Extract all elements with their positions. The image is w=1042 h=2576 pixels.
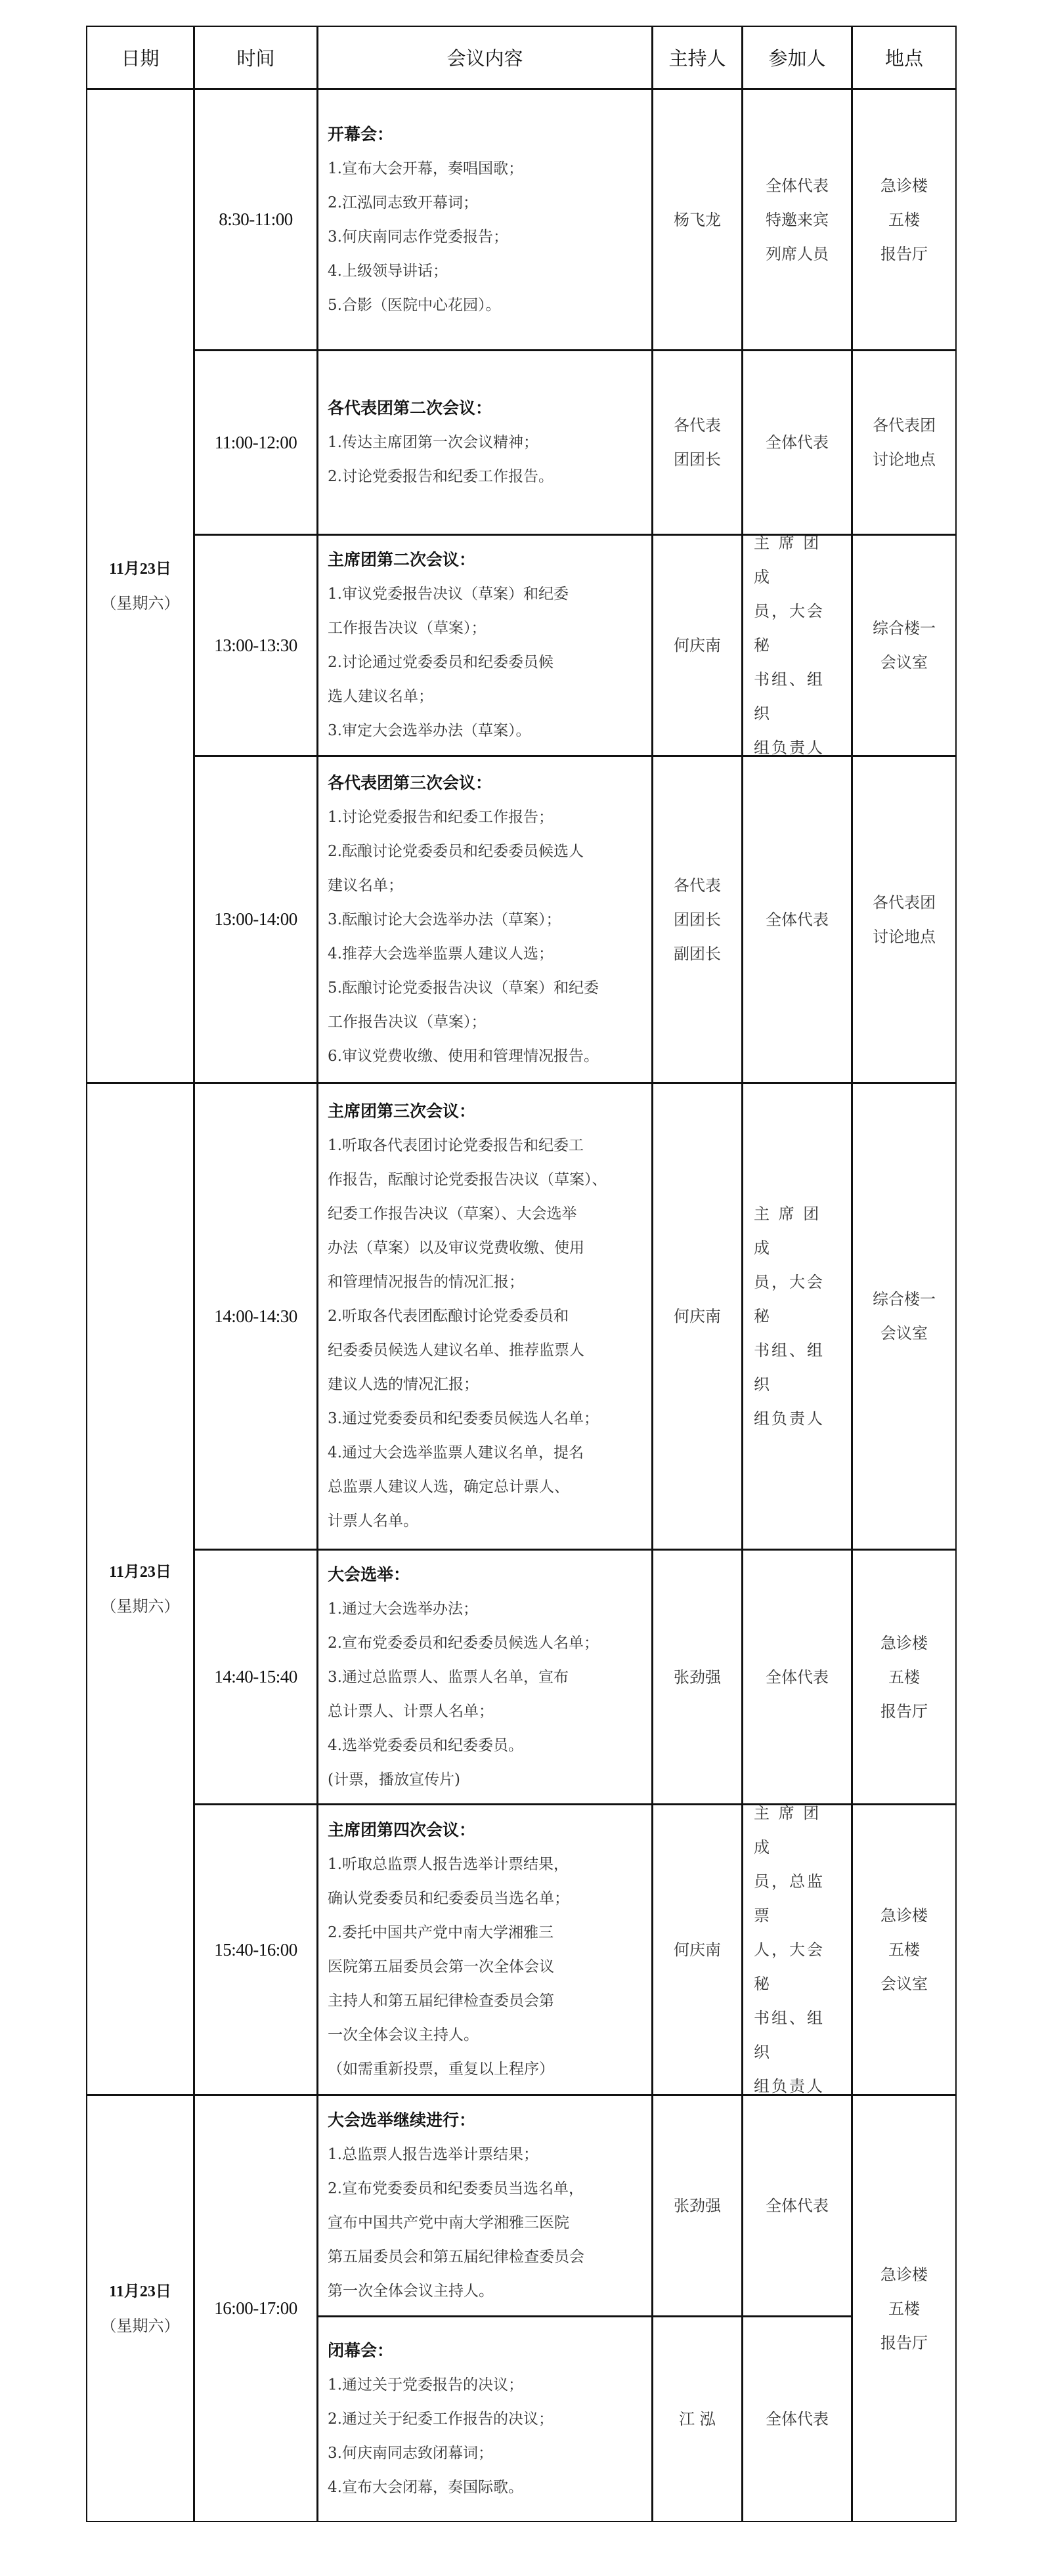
host-cell: 江 泓 xyxy=(652,2316,743,2522)
agenda-item: 纪委委员候选人建议名单、推荐监票人 xyxy=(328,1333,642,1367)
host-name: 何庆南 xyxy=(674,628,721,662)
date-cell: 11月23日（星期六） xyxy=(86,89,194,1083)
location-line: 报告厅 xyxy=(880,2326,928,2360)
agenda-content-cell: 主席团第四次会议：1.听取总监票人报告选举计票结果，确认党委委员和纪委委员当选名… xyxy=(317,1804,653,2095)
participants-line: 书组、组织 xyxy=(754,662,840,731)
time-label: 11:00-12:00 xyxy=(215,433,297,453)
participants-cell: 主 席 团 成员，大会秘书组、组织组负责人 xyxy=(742,534,852,756)
host-cell: 各代表团团长 xyxy=(652,350,743,535)
agenda-item: 5.合影（医院中心花园）。 xyxy=(328,288,642,322)
agenda-item: 1.总监票人报告选举计票结果； xyxy=(328,2137,642,2172)
header-content: 会议内容 xyxy=(317,26,653,89)
agenda-content-cell: 主席团第二次会议：1.审议党委报告决议（草案）和纪委工作报告决议（草案）；2.讨… xyxy=(317,534,653,756)
weekday-label: （星期六） xyxy=(101,2309,180,2343)
header-location: 地点 xyxy=(852,26,957,89)
location-line: 各代表团 xyxy=(873,408,936,442)
time-cell: 15:40-16:00 xyxy=(194,1804,318,2095)
host-name-line: 各代表 xyxy=(674,869,721,903)
header-participants: 参加人 xyxy=(742,26,852,89)
location-line: 会议室 xyxy=(873,645,936,679)
host-cell: 何庆南 xyxy=(652,1083,743,1550)
agenda-content-cell: 主席团第三次会议：1.听取各代表团讨论党委报告和纪委工作报告，酝酿讨论党委报告决… xyxy=(317,1083,653,1550)
header-time: 时间 xyxy=(194,26,318,89)
agenda-item: 作报告，酝酿讨论党委报告决议（草案）、 xyxy=(328,1163,642,1197)
agenda-item: 4.通过大会选举监票人建议名单，提名 xyxy=(328,1436,642,1470)
agenda-item: 建议名单； xyxy=(328,869,642,903)
agenda-content: 大会选举继续进行：1.总监票人报告选举计票结果；2.宣布党委委员和纪委委员当选名… xyxy=(328,2103,642,2308)
agenda-content: 开幕会：1.宣布大会开幕，奏唱国歌；2.江泓同志致开幕词；3.何庆南同志作党委报… xyxy=(328,118,642,322)
agenda-item: 5.酝酿讨论党委报告决议（草案）和纪委 xyxy=(328,971,642,1005)
host-name-line: 张劲强 xyxy=(674,1660,721,1694)
location: 急诊楼五楼报告厅 xyxy=(880,169,928,271)
participants-line: 主 席 团 成 xyxy=(754,526,840,594)
participants-line: 员，总监票 xyxy=(754,1864,840,1933)
header-date: 日期 xyxy=(86,26,194,89)
agenda-item: 2.通过关于纪委工作报告的决议； xyxy=(328,2402,642,2436)
location-line: 报告厅 xyxy=(880,1694,928,1728)
location-cell: 各代表团讨论地点 xyxy=(852,350,957,535)
agenda-content: 主席团第四次会议：1.听取总监票人报告选举计票结果，确认党委委员和纪委委员当选名… xyxy=(328,1813,642,2086)
host-name-line: 何庆南 xyxy=(674,628,721,662)
participants-cell: 全体代表 xyxy=(742,2095,852,2317)
time-cell: 13:00-14:00 xyxy=(194,756,318,1083)
location-cell: 急诊楼五楼会议室 xyxy=(852,1804,957,2095)
agenda-item: 一次全体会议主持人。 xyxy=(328,2018,642,2052)
agenda-item: 1.讨论党委报告和纪委工作报告； xyxy=(328,800,642,834)
host-name: 何庆南 xyxy=(674,1933,721,1967)
time-cell: 11:00-12:00 xyxy=(194,350,318,535)
host-name-line: 江 泓 xyxy=(679,2402,716,2436)
participants-line: 全体代表 xyxy=(766,1660,829,1694)
agenda-content-cell: 大会选举：1.通过大会选举办法；2.宣布党委委员和纪委委员候选人名单；3.通过总… xyxy=(317,1549,653,1805)
agenda-item: 2.听取各代表团酝酿讨论党委委员和 xyxy=(328,1299,642,1333)
agenda-item: 总计票人、计票人名单； xyxy=(328,1694,642,1728)
agenda-title: 闭幕会： xyxy=(328,2334,642,2368)
agenda-item: 6.审议党费收缴、使用和管理情况报告。 xyxy=(328,1039,642,1073)
agenda-item: 2.江泓同志致开幕词； xyxy=(328,186,642,220)
participants-cell: 全体代表 xyxy=(742,1549,852,1805)
weekday-label: （星期六） xyxy=(101,1589,180,1623)
header-time-label: 时间 xyxy=(236,44,274,71)
agenda-item: 确认党委委员和纪委委员当选名单； xyxy=(328,1881,642,1916)
date-label: 11月23日 xyxy=(109,1555,171,1589)
participants-line: 人，大会秘 xyxy=(754,1933,840,2001)
agenda-item: 2.宣布党委委员和纪委委员当选名单， xyxy=(328,2172,642,2206)
time-label: 14:00-14:30 xyxy=(214,1306,297,1327)
header-date-label: 日期 xyxy=(121,44,159,71)
participants-line: 全体代表 xyxy=(766,2189,829,2223)
participants: 全体代表 xyxy=(766,1660,829,1694)
host-name: 各代表团团长副团长 xyxy=(674,869,721,971)
location-cell: 急诊楼五楼报告厅 xyxy=(852,89,957,351)
location-line: 会议室 xyxy=(880,1967,928,2001)
date-cell: 11月23日（星期六） xyxy=(86,2095,194,2522)
participants-line: 特邀来宾 xyxy=(766,203,829,237)
time-label: 14:40-15:40 xyxy=(214,1667,297,1687)
agenda-content-cell: 大会选举继续进行：1.总监票人报告选举计票结果；2.宣布党委委员和纪委委员当选名… xyxy=(317,2095,653,2317)
participants-line: 书组、组织 xyxy=(754,2001,840,2069)
time-cell: 14:00-14:30 xyxy=(194,1083,318,1550)
participants: 主 席 团 成员，大会秘书组、组织组负责人 xyxy=(743,526,851,765)
location-line: 报告厅 xyxy=(880,237,928,271)
location: 综合楼一会议室 xyxy=(873,1282,936,1350)
location-line: 急诊楼 xyxy=(880,1626,928,1660)
location-line: 五楼 xyxy=(880,2292,928,2326)
agenda-item: 宣布中国共产党中南大学湘雅三医院 xyxy=(328,2206,642,2240)
time-label: 15:40-16:00 xyxy=(214,1940,297,1960)
agenda-item: 2.酝酿讨论党委委员和纪委委员候选人 xyxy=(328,834,642,869)
agenda-title: 主席团第二次会议： xyxy=(328,543,642,577)
agenda-item: 第一次全体会议主持人。 xyxy=(328,2274,642,2308)
agenda-item: 3.何庆南同志致闭幕词； xyxy=(328,2436,642,2470)
location-line: 五楼 xyxy=(880,1933,928,1967)
location-line: 急诊楼 xyxy=(880,2258,928,2292)
host-cell: 何庆南 xyxy=(652,534,743,756)
location: 各代表团讨论地点 xyxy=(873,408,936,477)
agenda-item: （如需重新投票，重复以上程序） xyxy=(328,2052,642,2086)
host-name-line: 各代表 xyxy=(674,408,721,442)
time-label: 8:30-11:00 xyxy=(219,209,293,230)
agenda-item: 3.通过总监票人、监票人名单，宣布 xyxy=(328,1660,642,1694)
host-cell: 各代表团团长副团长 xyxy=(652,756,743,1083)
location-cell: 急诊楼五楼报告厅 xyxy=(852,1549,957,1805)
date-cell: 11月23日（星期六） xyxy=(86,1083,194,2095)
time-cell: 8:30-11:00 xyxy=(194,89,318,351)
agenda-item: 1.宣布大会开幕，奏唱国歌； xyxy=(328,152,642,186)
host-name-line: 杨飞龙 xyxy=(674,203,721,237)
agenda-item: 2.讨论党委报告和纪委工作报告。 xyxy=(328,460,642,494)
participants-line: 书组、组织 xyxy=(754,1333,840,1402)
participants: 全体代表 xyxy=(766,2189,829,2223)
agenda-item: 办法（草案）以及审议党费收缴、使用 xyxy=(328,1231,642,1265)
agenda-content: 闭幕会：1.通过关于党委报告的决议；2.通过关于纪委工作报告的决议；3.何庆南同… xyxy=(328,2334,642,2504)
participants: 主 席 团 成员，总监票人，大会秘书组、组织组负责人 xyxy=(743,1796,851,2103)
agenda-item: 4.上级领导讲话； xyxy=(328,254,642,288)
agenda-content-cell: 各代表团第三次会议：1.讨论党委报告和纪委工作报告；2.酝酿讨论党委委员和纪委委… xyxy=(317,756,653,1083)
participants-cell: 主 席 团 成员，大会秘书组、组织组负责人 xyxy=(742,1083,852,1550)
participants: 全体代表 xyxy=(766,2402,829,2436)
host-name: 张劲强 xyxy=(674,1660,721,1694)
location-cell: 综合楼一会议室 xyxy=(852,1083,957,1550)
agenda-item: 4.选举党委委员和纪委委员。 xyxy=(328,1728,642,1763)
agenda-item: 2.委托中国共产党中南大学湘雅三 xyxy=(328,1916,642,1950)
host-name-line: 张劲强 xyxy=(674,2189,721,2223)
host-name: 何庆南 xyxy=(674,1299,721,1333)
host-name: 江 泓 xyxy=(679,2402,716,2436)
participants-line: 全体代表 xyxy=(766,903,829,937)
location-line: 急诊楼 xyxy=(880,169,928,203)
participants-line: 组负责人 xyxy=(754,1402,840,1436)
agenda-item: 1.通过大会选举办法； xyxy=(328,1592,642,1626)
location-cell: 综合楼一会议室 xyxy=(852,534,957,756)
agenda-item: 1.通过关于党委报告的决议； xyxy=(328,2368,642,2402)
location: 急诊楼五楼报告厅 xyxy=(880,2258,928,2360)
agenda-content: 主席团第三次会议：1.听取各代表团讨论党委报告和纪委工作报告，酝酿讨论党委报告决… xyxy=(328,1094,642,1538)
agenda-item: 和管理情况报告的情况汇报； xyxy=(328,1265,642,1299)
agenda-item: 1.传达主席团第一次会议精神； xyxy=(328,425,642,460)
host-name: 杨飞龙 xyxy=(674,203,721,237)
header-host-label: 主持人 xyxy=(668,44,726,71)
header-content-label: 会议内容 xyxy=(446,44,523,71)
participants-line: 主 席 团 成 xyxy=(754,1197,840,1265)
agenda-item: 计票人名单。 xyxy=(328,1504,642,1538)
participants-line: 员，大会秘 xyxy=(754,1265,840,1333)
agenda-title: 各代表团第三次会议： xyxy=(328,766,642,800)
agenda-item: 第五届委员会和第五届纪律检查委员会 xyxy=(328,2240,642,2274)
host-cell: 杨飞龙 xyxy=(652,89,743,351)
participants: 全体代表 xyxy=(766,425,829,460)
agenda-item: 1.听取各代表团讨论党委报告和纪委工 xyxy=(328,1128,642,1163)
participants: 全体代表 xyxy=(766,903,829,937)
time-label: 16:00-17:00 xyxy=(214,2298,297,2319)
agenda-item: 3.通过党委委员和纪委委员候选人名单； xyxy=(328,1402,642,1436)
agenda-content-cell: 开幕会：1.宣布大会开幕，奏唱国歌；2.江泓同志致开幕词；3.何庆南同志作党委报… xyxy=(317,89,653,351)
agenda-item: 工作报告决议（草案）； xyxy=(328,611,642,645)
agenda-item: 纪委工作报告决议（草案）、大会选举 xyxy=(328,1197,642,1231)
agenda-content-cell: 闭幕会：1.通过关于党委报告的决议；2.通过关于纪委工作报告的决议；3.何庆南同… xyxy=(317,2316,653,2522)
host-name: 张劲强 xyxy=(674,2189,721,2223)
participants-line: 全体代表 xyxy=(766,169,829,203)
host-name-line: 副团长 xyxy=(674,937,721,971)
meeting-schedule-table: 日期 时间 会议内容 主持人 参加人 地点 11月23日（星期六）11月23日（… xyxy=(87,26,957,2522)
location-line: 讨论地点 xyxy=(873,920,936,954)
date-label: 11月23日 xyxy=(109,552,171,586)
host-name: 各代表团团长 xyxy=(674,408,721,477)
agenda-item: 1.听取总监票人报告选举计票结果， xyxy=(328,1847,642,1881)
agenda-content-cell: 各代表团第二次会议：1.传达主席团第一次会议精神；2.讨论党委报告和纪委工作报告… xyxy=(317,350,653,535)
agenda-item: 3.何庆南同志作党委报告； xyxy=(328,220,642,254)
weekday-label: （星期六） xyxy=(101,586,180,620)
location: 急诊楼五楼会议室 xyxy=(880,1899,928,2001)
host-name-line: 团团长 xyxy=(674,442,721,477)
agenda-title: 主席团第三次会议： xyxy=(328,1094,642,1128)
agenda-content: 大会选举：1.通过大会选举办法；2.宣布党委委员和纪委委员候选人名单；3.通过总… xyxy=(328,1558,642,1797)
location: 各代表团讨论地点 xyxy=(873,886,936,954)
participants: 全体代表特邀来宾列席人员 xyxy=(766,169,829,271)
agenda-title: 开幕会： xyxy=(328,118,642,152)
host-name-line: 团团长 xyxy=(674,903,721,937)
agenda-item: 4.推荐大会选举监票人建议人选； xyxy=(328,937,642,971)
host-cell: 张劲强 xyxy=(652,2095,743,2317)
participants-cell: 全体代表 xyxy=(742,350,852,535)
participants-line: 主 席 团 成 xyxy=(754,1796,840,1864)
location-line: 五楼 xyxy=(880,1660,928,1694)
location-line: 急诊楼 xyxy=(880,1899,928,1933)
time-label: 13:00-13:30 xyxy=(214,635,297,656)
agenda-item: 医院第五届委员会第一次全体会议 xyxy=(328,1950,642,1984)
agenda-content: 主席团第二次会议：1.审议党委报告决议（草案）和纪委工作报告决议（草案）；2.讨… xyxy=(328,543,642,748)
agenda-item: 2.讨论通过党委委员和纪委委员候 xyxy=(328,645,642,679)
location: 综合楼一会议室 xyxy=(873,611,936,679)
participants-line: 全体代表 xyxy=(766,425,829,460)
agenda-content: 各代表团第二次会议：1.传达主席团第一次会议精神；2.讨论党委报告和纪委工作报告… xyxy=(328,391,642,494)
location-line: 五楼 xyxy=(880,203,928,237)
time-cell: 16:00-17:00 xyxy=(194,2095,318,2522)
agenda-title: 主席团第四次会议： xyxy=(328,1813,642,1847)
agenda-item: 建议人选的情况汇报； xyxy=(328,1367,642,1402)
participants-cell: 主 席 团 成员，总监票人，大会秘书组、组织组负责人 xyxy=(742,1804,852,2095)
participants-line: 员，大会秘 xyxy=(754,594,840,662)
agenda-item: 1.审议党委报告决议（草案）和纪委 xyxy=(328,577,642,611)
location-line: 会议室 xyxy=(873,1316,936,1350)
time-cell: 13:00-13:30 xyxy=(194,534,318,756)
participants: 主 席 团 成员，大会秘书组、组织组负责人 xyxy=(743,1197,851,1436)
location-line: 综合楼一 xyxy=(873,611,936,645)
time-label: 13:00-14:00 xyxy=(214,909,297,930)
participants-cell: 全体代表 xyxy=(742,2316,852,2522)
agenda-content: 各代表团第三次会议：1.讨论党委报告和纪委工作报告；2.酝酿讨论党委委员和纪委委… xyxy=(328,766,642,1073)
agenda-item: 3.酝酿讨论大会选举办法（草案）； xyxy=(328,903,642,937)
participants-cell: 全体代表特邀来宾列席人员 xyxy=(742,89,852,351)
agenda-item: 主持人和第五届纪律检查委员会第 xyxy=(328,1984,642,2018)
host-cell: 张劲强 xyxy=(652,1549,743,1805)
agenda-item: 选人建议名单； xyxy=(328,679,642,714)
date-label: 11月23日 xyxy=(109,2275,171,2309)
agenda-item: 2.宣布党委委员和纪委委员候选人名单； xyxy=(328,1626,642,1660)
agenda-item: 4.宣布大会闭幕，奏国际歌。 xyxy=(328,2470,642,2504)
agenda-item: 3.审定大会选举办法（草案）。 xyxy=(328,714,642,748)
location: 急诊楼五楼报告厅 xyxy=(880,1626,928,1728)
agenda-title: 各代表团第二次会议： xyxy=(328,391,642,425)
participants-cell: 全体代表 xyxy=(742,756,852,1083)
host-name-line: 何庆南 xyxy=(674,1933,721,1967)
host-name-line: 何庆南 xyxy=(674,1299,721,1333)
header-participants-label: 参加人 xyxy=(768,44,825,71)
location-cell: 急诊楼五楼报告厅 xyxy=(852,2095,957,2522)
time-cell: 14:40-15:40 xyxy=(194,1549,318,1805)
location-line: 综合楼一 xyxy=(873,1282,936,1316)
agenda-title: 大会选举继续进行： xyxy=(328,2103,642,2137)
participants-line: 列席人员 xyxy=(766,237,829,271)
agenda-item: 工作报告决议（草案）； xyxy=(328,1005,642,1039)
location-cell: 各代表团讨论地点 xyxy=(852,756,957,1083)
agenda-item: 总监票人建议人选，确定总计票人、 xyxy=(328,1470,642,1504)
location-line: 讨论地点 xyxy=(873,442,936,477)
participants-line: 全体代表 xyxy=(766,2402,829,2436)
location-line: 各代表团 xyxy=(873,886,936,920)
header-host: 主持人 xyxy=(652,26,743,89)
agenda-item: (计票，播放宣传片) xyxy=(328,1763,642,1797)
header-location-label: 地点 xyxy=(885,44,923,71)
agenda-title: 大会选举： xyxy=(328,1558,642,1592)
host-cell: 何庆南 xyxy=(652,1804,743,2095)
